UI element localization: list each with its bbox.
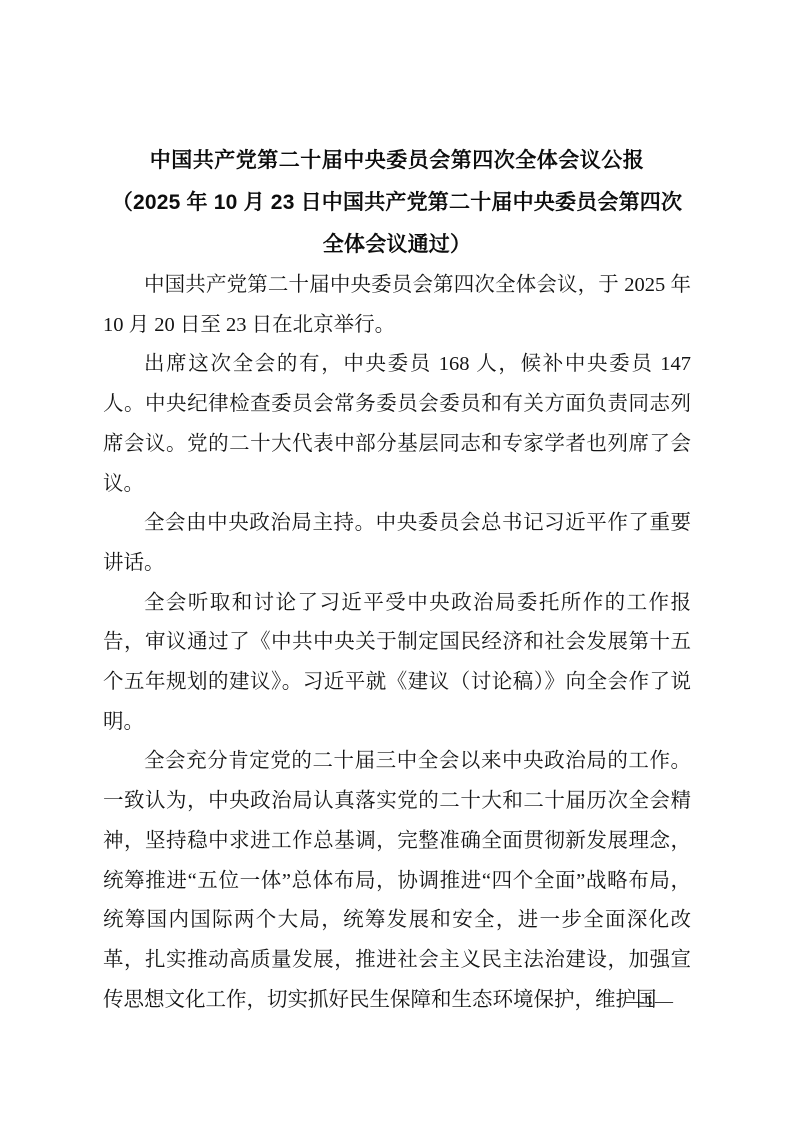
paragraph-presided: 全会由中央政治局主持。中央委员会总书记习近平作了重要讲话。 <box>103 504 691 583</box>
document-page: 中国共产党第二十届中央委员会第四次全体会议公报 （2025 年 10 月 23 … <box>0 0 793 1122</box>
paragraph-meeting-held: 中国共产党第二十届中央委员会第四次全体会议，于 2025 年 10 月 20 日… <box>103 266 691 345</box>
document-subtitle: （2025 年 10 月 23 日中国共产党第二十届中央委员会第四次全体会议通过… <box>103 182 691 266</box>
document-body: 中国共产党第二十届中央委员会第四次全体会议，于 2025 年 10 月 20 日… <box>103 266 691 1020</box>
document-title: 中国共产党第二十届中央委员会第四次全体会议公报 <box>103 140 691 182</box>
paragraph-attendance: 出席这次全会的有，中央委员 168 人，候补中央委员 147 人。中央纪律检查委… <box>103 345 691 504</box>
document-title-block: 中国共产党第二十届中央委员会第四次全体会议公报 （2025 年 10 月 23 … <box>103 140 691 266</box>
paragraph-work-report: 全会听取和讨论了习近平受中央政治局委托所作的工作报告，审议通过了《中共中央关于制… <box>103 584 691 743</box>
paragraph-affirmation: 全会充分肯定党的二十届三中全会以来中央政治局的工作。一致认为，中央政治局认真落实… <box>103 742 691 1020</box>
page-number: —1— <box>626 991 674 1012</box>
document-content: 中国共产党第二十届中央委员会第四次全体会议公报 （2025 年 10 月 23 … <box>103 140 691 1020</box>
